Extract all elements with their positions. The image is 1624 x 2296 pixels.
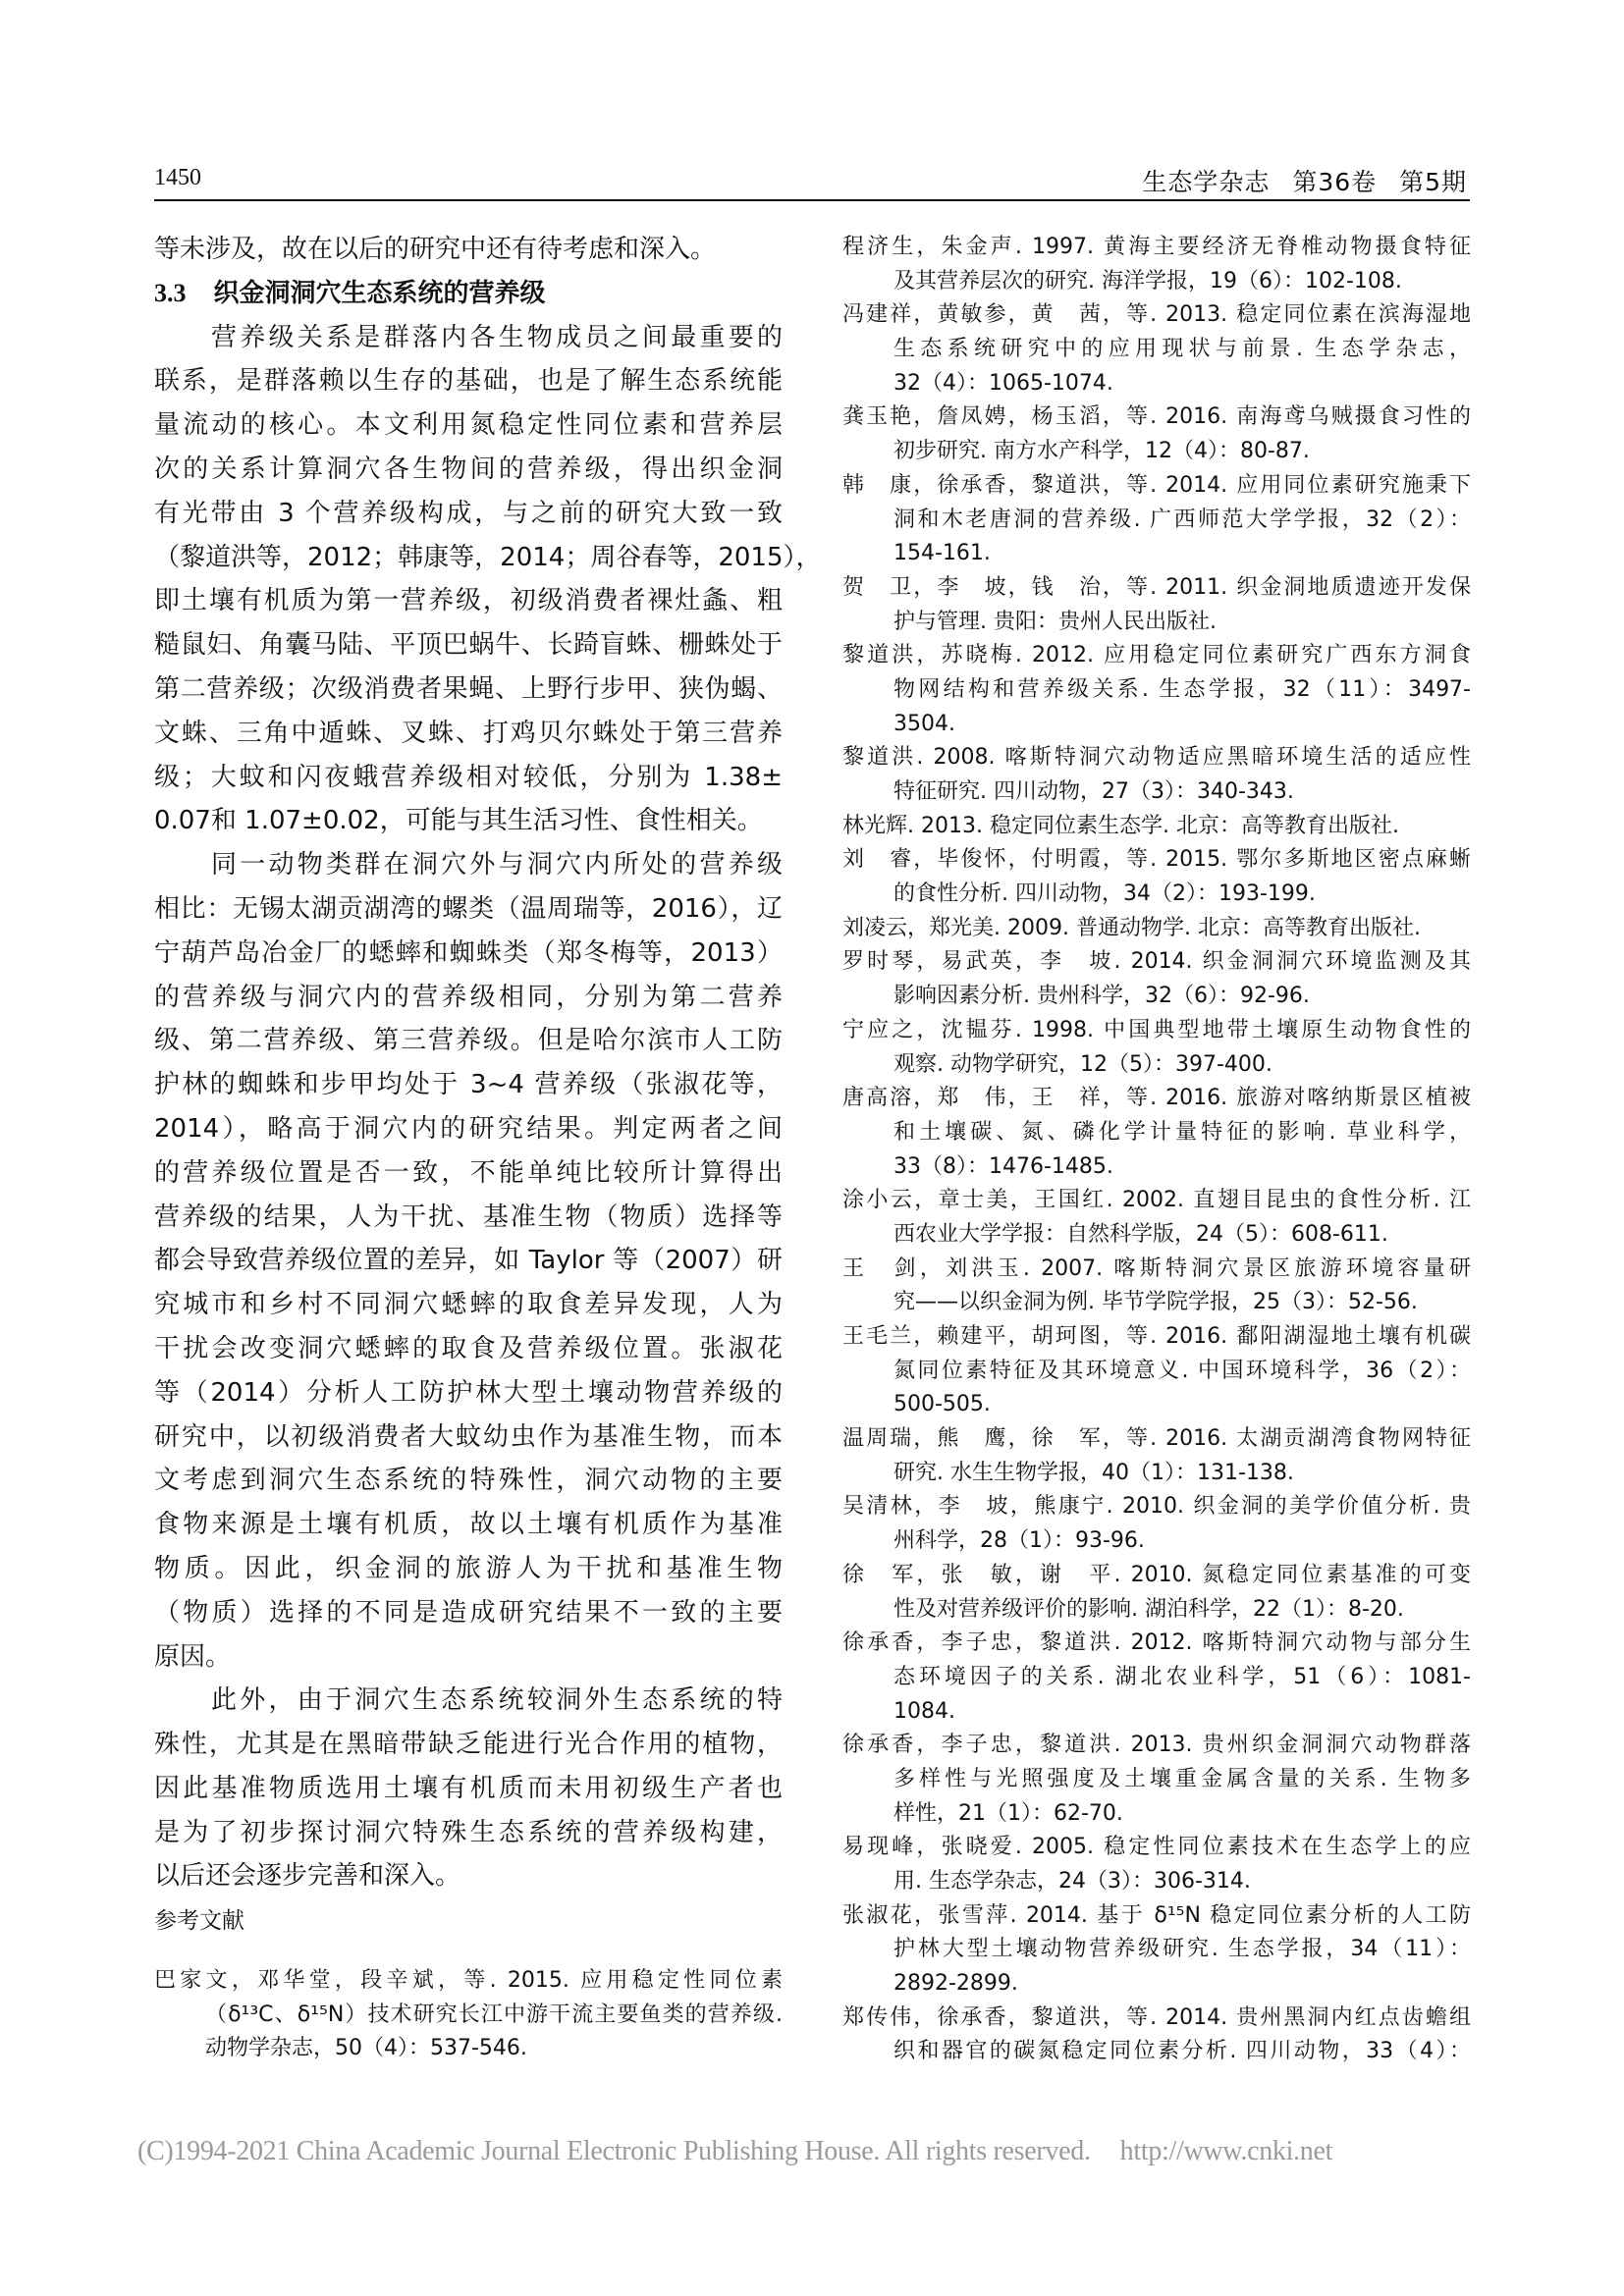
references-right: 程济生，朱金声. 1997. 黄海主要经济无脊椎动物摄食特征及其营养层次的研究.…	[842, 231, 1471, 2069]
body-line: 第二营养级；次级消费者果蝇、上野行步甲、狭伪蝎、	[154, 667, 783, 712]
body-line: 殊性，尤其是在黑暗带缺乏能进行光合作用的植物，	[154, 1723, 783, 1767]
reference-entry-start: 张淑花，张雪萍. 2014. 基于 δ¹⁵N 稳定同位素分析的人工防	[842, 1899, 1471, 1934]
reference-entry-cont: 州科学，28（1）：93-96.	[842, 1524, 1471, 1559]
running-head: 生态学杂志 第36卷 第5期	[1142, 163, 1467, 198]
body-line: 干扰会改变洞穴蟋蟀的取食及营养级位置。张淑花	[154, 1327, 783, 1371]
reference-entry-start: 宁应之，沈韫芬. 1998. 中国典型地带土壤原生动物食性的	[842, 1014, 1471, 1048]
body-line: 物质。因此，织金洞的旅游人为干扰和基准生物	[154, 1547, 783, 1591]
reference-entry-start: 吴清林，李 坡，熊康宁. 2010. 织金洞的美学价值分析. 贵	[842, 1490, 1471, 1524]
reference-entry-cont: 500-505.	[842, 1388, 1471, 1422]
reference-entry-start: 徐承香，李子忠，黎道洪. 2012. 喀斯特洞穴动物与部分生	[842, 1627, 1471, 1661]
reference-entry-start: 贺 卫，李 坡，钱 治，等. 2011. 织金洞地质遗迹开发保	[842, 571, 1471, 606]
reference-entry-cont: 氮同位素特征及其环境意义. 中国环境科学，36（2）：	[842, 1355, 1471, 1389]
reference-entry-cont: 2892-2899.	[842, 1967, 1471, 2002]
reference-entry-start: 唐高溶，郑 伟，王 祥，等. 2016. 旅游对喀纳斯景区植被	[842, 1082, 1471, 1116]
reference-entry-cont: 初步研究. 南方水产科学，12（4）：80-87.	[842, 435, 1471, 469]
reference-entry-cont: 护林大型土壤动物营养级研究. 生态学报，34（11）：	[842, 1933, 1471, 1967]
reference-entry-start: 龚玉艳，詹凤娉，杨玉滔，等. 2016. 南海鸢乌贼摄食习性的	[842, 400, 1471, 435]
body-line: 食物来源是土壤有机质，故以土壤有机质作为基准	[154, 1503, 783, 1547]
reference-entry-cont: 32（4）：1065-1074.	[842, 367, 1471, 401]
body-line: 相比：无锡太湖贡湖湾的螺类（温周瑞等，2016），辽	[154, 887, 783, 932]
body-line: 级；大蚊和闪夜蛾营养级相对较低，分别为 1.38±	[154, 756, 783, 800]
reference-entry-cont: 研究. 水生生物学报，40（1）：131-138.	[842, 1457, 1471, 1491]
body-line: 以后还会逐步完善和深入。	[154, 1854, 783, 1898]
body-line: 同一动物类群在洞穴外与洞穴内所处的营养级	[154, 843, 783, 887]
reference-entry-cont: 态环境因子的关系. 湖北农业科学，51（6）：1081-	[842, 1661, 1471, 1695]
body-line: 都会导致营养级位置的差异，如 Taylor 等（2007）研	[154, 1239, 783, 1283]
reference-entry-start: 涂小云，章士美，王国红. 2002. 直翅目昆虫的食性分析. 江	[842, 1184, 1471, 1218]
reference-entry-start: 温周瑞，熊 鹰，徐 军，等. 2016. 太湖贡湖湾食物网特征	[842, 1422, 1471, 1457]
reference-entry-cont: 特征研究. 四川动物，27（3）：340-343.	[842, 775, 1471, 810]
reference-entry-start: 易现峰，张晓爱. 2005. 稳定性同位素技术在生态学上的应	[842, 1831, 1471, 1865]
section-title: 织金洞洞穴生态系统的营养级	[214, 279, 546, 308]
reference-entry-cont: 及其营养层次的研究. 海洋学报，19（6）：102-108.	[842, 265, 1471, 299]
reference-entry-cont: 护与管理. 贵阳：贵州人民出版社.	[842, 606, 1471, 640]
reference-entry-cont: 用. 生态学杂志，24（3）：306-314.	[842, 1865, 1471, 1899]
body-line: 0.07和 1.07±0.02，可能与其生活习性、食性相关。	[154, 799, 783, 843]
reference-entry-start: 韩 康，徐承香，黎道洪，等. 2014. 应用同位素研究施秉下	[842, 469, 1471, 504]
references-title: 参考文献	[154, 1902, 244, 1935]
reference-entry-cont: 的食性分析. 四川动物，34（2）：193-199.	[842, 878, 1471, 912]
reference-entry-cont: 究——以织金洞为例. 毕节学院学报，25（3）：52-56.	[842, 1286, 1471, 1320]
reference-entry-start: 徐承香，李子忠，黎道洪. 2013. 贵州织金洞洞穴动物群落	[842, 1729, 1471, 1763]
body-line: 糙鼠妇、角囊马陆、平顶巴蜗牛、长踦盲蛛、栅蛛处于	[154, 623, 783, 667]
body-line: 因此基准物质选用土壤有机质而未用初级生产者也	[154, 1767, 783, 1811]
body-column: 等未涉及，故在以后的研究中还有待考虑和深入。3.3织金洞洞穴生态系统的营养级营养…	[154, 228, 783, 1898]
body-line: 此外，由于洞穴生态系统较洞外生态系统的特	[154, 1679, 783, 1723]
section-number: 3.3	[154, 279, 187, 307]
body-line: 次的关系计算洞穴各生物间的营养级，得出织金洞	[154, 448, 783, 492]
reference-entry-cont: 观察. 动物学研究，12（5）：397-400.	[842, 1048, 1471, 1083]
reference-entry-start: 郑传伟，徐承香，黎道洪，等. 2014. 贵州黑洞内红点齿蟾组	[842, 2002, 1471, 2036]
reference-entry-start: 刘 睿，毕俊怀，付明霞，等. 2015. 鄂尔多斯地区密点麻蜥	[842, 843, 1471, 878]
reference-entry-cont: 西农业大学学报：自然科学版，24（5）：608-611.	[842, 1218, 1471, 1253]
reference-entry-cont: 样性，21（1）：62-70.	[842, 1797, 1471, 1832]
page-number: 1450	[154, 165, 201, 191]
reference-entry-cont: 和土壤碳、氮、磷化学计量特征的影响. 草业科学，	[842, 1116, 1471, 1150]
reference-entry-start: 黎道洪. 2008. 喀斯特洞穴动物适应黑暗环境生活的适应性	[842, 741, 1471, 775]
body-line: 有光带由 3 个营养级构成，与之前的研究大致一致	[154, 492, 783, 536]
reference-entry-cont: 33（8）：1476-1485.	[842, 1150, 1471, 1185]
body-line: 护林的蜘蛛和步甲均处于 3~4 营养级（张淑花等，	[154, 1063, 783, 1107]
reference-entry-start: 黎道洪，苏晓梅. 2012. 应用稳定同位素研究广西东方洞食	[842, 639, 1471, 673]
reference-entry-start: 王毛兰，赖建平，胡珂图，等. 2016. 鄱阳湖湿地土壤有机碳	[842, 1320, 1471, 1355]
body-line: 营养级的结果，人为干扰、基准生物（物质）选择等	[154, 1196, 783, 1240]
body-line: 联系，是群落赖以生存的基础，也是了解生态系统能	[154, 359, 783, 403]
reference-entry-cont: 154-161.	[842, 537, 1471, 571]
references-left: 巴家文，邓华堂，段辛斌，等. 2015. 应用稳定性同位素（δ¹³C、δ¹⁵N）…	[154, 1964, 783, 2066]
reference-entry-cont: 多样性与光照强度及土壤重金属含量的关系. 生物多	[842, 1763, 1471, 1797]
body-line: 文蛛、三角中遁蛛、叉蛛、打鸡贝尔蛛处于第三营养	[154, 712, 783, 756]
reference-entry-cont: 3504.	[842, 708, 1471, 742]
reference-entry-cont: 动物学杂志，50（4）：537-546.	[154, 2032, 783, 2066]
header-rule	[154, 199, 1470, 201]
body-line: 的营养级位置是否一致，不能单纯比较所计算得出	[154, 1151, 783, 1196]
reference-entry-cont: 洞和木老唐洞的营养级. 广西师范大学学报，32（2）：	[842, 504, 1471, 538]
body-line: （黎道洪等，2012；韩康等，2014；周谷春等，2015），	[154, 536, 783, 580]
copyright-text: (C)1994-2021 China Academic Journal Elec…	[137, 2136, 1091, 2166]
body-line: 营养级关系是群落内各生物成员之间最重要的	[154, 316, 783, 360]
reference-entry-start: 林光辉. 2013. 稳定同位素生态学. 北京：高等教育出版社.	[842, 810, 1471, 844]
body-line: 即土壤有机质为第一营养级，初级消费者裸灶螽、粗	[154, 579, 783, 623]
cnki-link[interactable]: http://www.cnki.net	[1120, 2136, 1332, 2166]
reference-entry-start: 冯建祥，黄敏参，黄 茜，等. 2013. 稳定同位素在滨海湿地	[842, 298, 1471, 333]
reference-entry-cont: 物网结构和营养级关系. 生态学报，32（11）：3497-	[842, 673, 1471, 708]
body-line: 等未涉及，故在以后的研究中还有待考虑和深入。	[154, 228, 783, 272]
body-line: （物质）选择的不同是造成研究结果不一致的主要	[154, 1591, 783, 1635]
reference-entry-cont: 1084.	[842, 1695, 1471, 1730]
body-line: 是为了初步探讨洞穴特殊生态系统的营养级构建，	[154, 1811, 783, 1855]
body-line: 究城市和乡村不同洞穴蟋蟀的取食差异发现，人为	[154, 1283, 783, 1327]
section-heading: 3.3织金洞洞穴生态系统的营养级	[154, 272, 783, 316]
reference-entry-cont: 生态系统研究中的应用现状与前景. 生态学杂志，	[842, 333, 1471, 367]
reference-entry-start: 徐 军，张 敏，谢 平. 2010. 氮稳定同位素基准的可变	[842, 1559, 1471, 1593]
footer-copyright: (C)1994-2021 China Academic Journal Elec…	[137, 2136, 1332, 2167]
body-line: 原因。	[154, 1635, 783, 1680]
reference-entry-cont: 织和器官的碳氮稳定同位素分析. 四川动物，33（4）：	[842, 2035, 1471, 2069]
reference-entry-start: 巴家文，邓华堂，段辛斌，等. 2015. 应用稳定性同位素	[154, 1964, 783, 1999]
body-line: 的营养级与洞穴内的营养级相同，分别为第二营养	[154, 976, 783, 1020]
reference-entry-cont: 影响因素分析. 贵州科学，32（6）：92-96.	[842, 980, 1471, 1014]
body-line: 宁葫芦岛冶金厂的蟋蟀和蜘蛛类（郑冬梅等，2013）	[154, 932, 783, 976]
reference-entry-start: 程济生，朱金声. 1997. 黄海主要经济无脊椎动物摄食特征	[842, 231, 1471, 265]
reference-entry-start: 罗时琴，易武英，李 坡. 2014. 织金洞洞穴环境监测及其	[842, 945, 1471, 980]
reference-entry-cont: 性及对营养级评价的影响. 湖泊科学，22（1）：8-20.	[842, 1593, 1471, 1628]
body-line: 研究中，以初级消费者大蚊幼虫作为基准生物，而本	[154, 1415, 783, 1460]
body-line: 级、第二营养级、第三营养级。但是哈尔滨市人工防	[154, 1019, 783, 1063]
reference-entry-start: 刘凌云，郑光美. 2009. 普通动物学. 北京：高等教育出版社.	[842, 912, 1471, 946]
body-line: 等（2014）分析人工防护林大型土壤动物营养级的	[154, 1371, 783, 1415]
reference-entry-start: 王 剑，刘洪玉. 2007. 喀斯特洞穴景区旅游环境容量研	[842, 1253, 1471, 1287]
reference-entry-cont: （δ¹³C、δ¹⁵N）技术研究长江中游干流主要鱼类的营养级.	[154, 1999, 783, 2033]
body-line: 2014），略高于洞穴内的研究结果。判定两者之间	[154, 1107, 783, 1151]
body-line: 量流动的核心。本文利用氮稳定性同位素和营养层	[154, 403, 783, 448]
body-line: 文考虑到洞穴生态系统的特殊性，洞穴动物的主要	[154, 1459, 783, 1503]
